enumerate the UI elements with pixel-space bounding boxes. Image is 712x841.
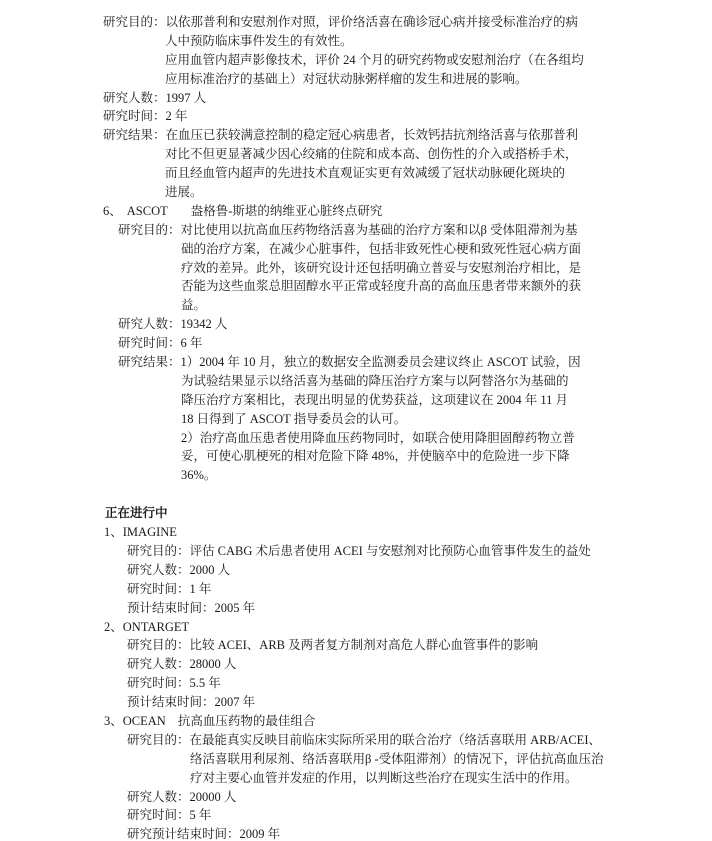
field-value: 在最能真实反映目前临床实际所采用的联合治疗（络活喜联用 ARB/ACEI、 — [190, 733, 601, 747]
field-value: 1）2004 年 10 月，独立的数据安全监测委员会建议终止 ASCOT 试验，… — [181, 355, 581, 369]
study5-result-row: 研究结果：在血压已获较满意控制的稳定冠心病患者，长效钙拮抗剂络活喜与依那普利 — [0, 126, 712, 145]
field-label: 研究目的： — [127, 638, 190, 652]
study6-result-row: 研究结果：1）2004 年 10 月，独立的数据安全监测委员会建议终止 ASCO… — [0, 353, 712, 372]
study5-result-wrap-line: 对比不但更显著减少因心绞痛的住院和成本高、创伤性的介入或搭桥手术， — [0, 145, 712, 164]
field-value: 在血压已获较满意控制的稳定冠心病患者，长效钙拮抗剂络活喜与依那普利 — [166, 128, 579, 142]
field-value: 20000 人 — [190, 790, 237, 804]
study6-purpose-row: 研究目的：对比使用以抗高血压药物络活喜为基础的治疗方案和以β 受体阻滞剂为基 — [0, 221, 712, 240]
study-number: 6、 — [103, 204, 122, 218]
field-label: 研究目的： — [118, 223, 181, 237]
study6-purpose-wrap-line: 益。 — [0, 296, 712, 315]
study5-result-wrap-line: 而且经血管内超声的先进技术直观证实更有效减缓了冠状动脉硬化斑块的 — [0, 164, 712, 183]
field-label: 研究预计结束时间： — [127, 827, 240, 841]
study6-result-wrap-line: 2）治疗高血压患者使用降血压药物同时，如联合使用降胆固醇药物立普 — [0, 429, 712, 448]
ongoing1-end-row: 预计结束时间：2005 年 — [0, 599, 712, 618]
study6-result-wrap-line: 36%。 — [0, 466, 712, 485]
field-label: 研究时间： — [127, 676, 190, 690]
study6-result-wrap-line: 为试验结果显示以络活喜为基础的降压治疗方案与以阿替洛尔为基础的 — [0, 372, 712, 391]
field-value: 2005 年 — [215, 601, 256, 615]
study6-purpose-wrap-line: 疗效的差异。此外，该研究设计还包括明确立普妥与安慰剂治疗相比，是 — [0, 259, 712, 278]
field-label: 预计结束时间： — [127, 695, 215, 709]
field-label: 研究结果： — [103, 128, 166, 142]
study5-purpose-wrap-line: 人中预防临床事件发生的有效性。 — [0, 32, 712, 51]
field-value: 19342 人 — [181, 317, 228, 331]
study5-duration-row: 研究时间：2 年 — [0, 107, 712, 126]
study5-purpose-wrap-line: 应用血管内超声影像技术，评价 24 个月的研究药物或安慰剂治疗（在各组均 — [0, 51, 712, 70]
field-value: 2007 年 — [215, 695, 256, 709]
ongoing2-header-row: 2、ONTARGET — [0, 618, 712, 637]
study6-result-wrap-line: 降压治疗方案相比，表现出明显的优势获益，这项建议在 2004 年 11 月 — [0, 391, 712, 410]
study5-purpose-row: 研究目的：以依那普利和安慰剂作对照，评价络活喜在确诊冠心病并接受标准治疗的病 — [0, 13, 712, 32]
study6-result-wrap-line: 妥，可使心肌梗死的相对危险下降 48%，并使脑卒中的危险进一步下降 — [0, 447, 712, 466]
study6-people-row: 研究人数：19342 人 — [0, 315, 712, 334]
field-value: 1 年 — [190, 582, 212, 596]
blank-line — [0, 485, 712, 504]
field-value: 1997 人 — [166, 91, 207, 105]
study5-block: 研究目的：以依那普利和安慰剂作对照，评价络活喜在确诊冠心病并接受标准治疗的病 人… — [0, 13, 712, 202]
field-label: 研究人数： — [127, 563, 190, 577]
study-number: 3、 — [104, 714, 123, 728]
field-value: 5 年 — [190, 808, 212, 822]
field-value: 评估 CABG 术后患者使用 ACEI 与安慰剂对比预防心血管事件发生的益处 — [190, 544, 591, 558]
field-value: 对比使用以抗高血压药物络活喜为基础的治疗方案和以β 受体阻滞剂为基 — [181, 223, 578, 237]
field-label: 研究时间： — [118, 336, 181, 350]
ongoing2-people-row: 研究人数：28000 人 — [0, 655, 712, 674]
ongoing3-purpose-wrap-line: 疗对主要心血管并发症的作用，以判断这些治疗在现实生活中的作用。 — [0, 769, 712, 788]
study-title: 抗高血压药物的最佳组合 — [178, 714, 316, 728]
study5-people-row: 研究人数：1997 人 — [0, 89, 712, 108]
ongoing1-header-row: 1、IMAGINE — [0, 523, 712, 542]
study6-purpose-wrap-line: 础的治疗方案，在减少心脏事件，包括非致死性心梗和致死性冠心病方面 — [0, 240, 712, 259]
ongoing2-duration-row: 研究时间：5.5 年 — [0, 674, 712, 693]
field-label: 研究目的： — [127, 733, 190, 747]
ongoing1-purpose-row: 研究目的：评估 CABG 术后患者使用 ACEI 与安慰剂对比预防心血管事件发生… — [0, 542, 712, 561]
ongoing1-people-row: 研究人数：2000 人 — [0, 561, 712, 580]
field-value: 6 年 — [181, 336, 203, 350]
ongoing3-purpose-wrap-line: 络活喜联用利尿剂、络活喜联用β -受体阻滞剂）的情况下，评估抗高血压治 — [0, 750, 712, 769]
field-value: 2 年 — [166, 109, 188, 123]
ongoing3-end-row: 研究预计结束时间：2009 年 — [0, 825, 712, 841]
study6-header-row: 6、ASCOT盎格鲁-斯堪的纳维亚心脏终点研究 — [0, 202, 712, 221]
field-value: 2009 年 — [240, 827, 281, 841]
document-page: 研究目的：以依那普利和安慰剂作对照，评价络活喜在确诊冠心病并接受标准治疗的病 人… — [0, 0, 712, 841]
field-value: 以依那普利和安慰剂作对照，评价络活喜在确诊冠心病并接受标准治疗的病 — [166, 15, 579, 29]
field-label: 研究时间： — [127, 808, 190, 822]
study6-block: 6、ASCOT盎格鲁-斯堪的纳维亚心脏终点研究 研究目的：对比使用以抗高血压药物… — [0, 202, 712, 485]
ongoing3-people-row: 研究人数：20000 人 — [0, 788, 712, 807]
ongoing-heading: 正在进行中 — [0, 504, 712, 523]
study6-result-wrap-line: 18 日得到了 ASCOT 指导委员会的认可。 — [0, 410, 712, 429]
field-value: 5.5 年 — [190, 676, 221, 690]
field-label: 研究人数： — [127, 657, 190, 671]
ongoing2-end-row: 预计结束时间：2007 年 — [0, 693, 712, 712]
study-number: 2、 — [104, 620, 123, 634]
study-title: 盎格鲁-斯堪的纳维亚心脏终点研究 — [191, 204, 383, 218]
study6-purpose-wrap-line: 否能为这些血浆总胆固醇水平正常或轻度升高的高血压患者带来额外的获 — [0, 277, 712, 296]
study6-duration-row: 研究时间：6 年 — [0, 334, 712, 353]
field-label: 研究人数： — [127, 790, 190, 804]
ongoing2-purpose-row: 研究目的：比较 ACEI、ARB 及两者复方制剂对高危人群心血管事件的影响 — [0, 636, 712, 655]
study-code: IMAGINE — [123, 525, 177, 539]
ongoing-section: 正在进行中 1、IMAGINE 研究目的：评估 CABG 术后患者使用 ACEI… — [0, 504, 712, 841]
field-label: 研究时间： — [127, 582, 190, 596]
field-label: 研究时间： — [103, 109, 166, 123]
study-number: 1、 — [104, 525, 123, 539]
study-code: ASCOT — [127, 204, 168, 218]
ongoing3-duration-row: 研究时间：5 年 — [0, 806, 712, 825]
field-label: 研究人数： — [103, 91, 166, 105]
field-label: 研究结果： — [118, 355, 181, 369]
study5-purpose-wrap-line: 应用标准治疗的基础上）对冠状动脉粥样瘤的发生和进展的影响。 — [0, 70, 712, 89]
field-label: 预计结束时间： — [127, 601, 215, 615]
field-label: 研究目的： — [127, 544, 190, 558]
study-code: ONTARGET — [123, 620, 189, 634]
ongoing1-duration-row: 研究时间：1 年 — [0, 580, 712, 599]
field-value: 2000 人 — [190, 563, 231, 577]
field-label: 研究目的： — [103, 15, 166, 29]
study5-result-wrap-line: 进展。 — [0, 183, 712, 202]
ongoing3-header-row: 3、OCEAN抗高血压药物的最佳组合 — [0, 712, 712, 731]
field-value: 比较 ACEI、ARB 及两者复方制剂对高危人群心血管事件的影响 — [190, 638, 539, 652]
field-label: 研究人数： — [118, 317, 181, 331]
ongoing3-purpose-row: 研究目的：在最能真实反映目前临床实际所采用的联合治疗（络活喜联用 ARB/ACE… — [0, 731, 712, 750]
field-value: 28000 人 — [190, 657, 237, 671]
study-code: OCEAN — [123, 714, 166, 728]
